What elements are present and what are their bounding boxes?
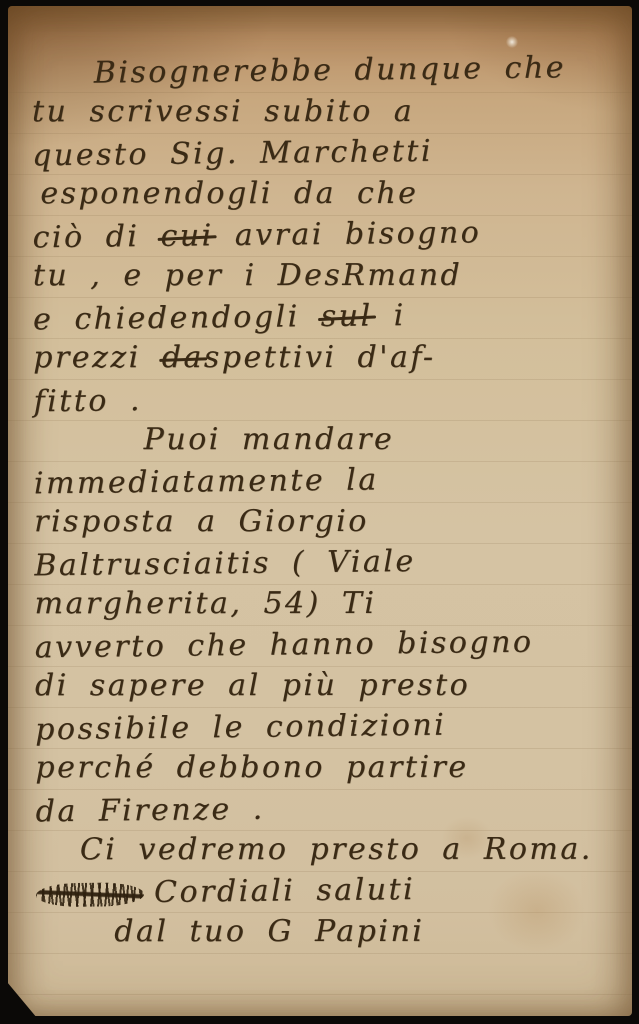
letter-body: Bisognerebbe dunque chetu scrivessi subi… [32, 48, 623, 953]
handwritten-text-segment: avverto che hanno bisogno [35, 625, 534, 666]
letter-line: Ci vedremo presto a Roma. [36, 829, 622, 871]
handwritten-text-segment: dal tuo G Papini [114, 914, 424, 949]
letter-line: ciò di cui avrai bisogno [32, 211, 618, 259]
letter-paper: Bisognerebbe dunque chetu scrivessi subi… [8, 6, 632, 1016]
letter-line: risposta a Giorgio [34, 501, 620, 543]
handwritten-text-segment: fitto . [33, 383, 142, 419]
handwritten-text-segment: ciò di [32, 219, 160, 255]
handwritten-text-segment: questo Sig. Marchetti [32, 134, 433, 174]
letter-line: prezzi daspettivi d'af- [33, 337, 619, 379]
handwritten-text-segment: Cordiali saluti [154, 872, 416, 910]
handwritten-text-segment: risposta a Giorgio [34, 504, 369, 539]
letter-line: perché debbono partire [35, 747, 621, 789]
letter-line: tu scrivessi subito a [32, 91, 618, 133]
handwritten-text-segment: margherita, 54) Ti [35, 586, 377, 621]
letter-line: possibile le condizioni [35, 703, 621, 751]
letter-line: Puoi mandare [34, 419, 620, 461]
handwritten-text-segment: tu scrivessi subito a [32, 94, 414, 129]
letter-line: dal tuo G Papini [36, 911, 622, 953]
manuscript-photo: Bisognerebbe dunque chetu scrivessi subi… [0, 0, 639, 1024]
scribbled-out-word-mark [36, 882, 144, 907]
handwritten-text-segment: possibile le condizioni [35, 708, 446, 748]
handwritten-text-segment: i [372, 298, 406, 333]
struck-through-text: da [162, 340, 204, 375]
handwritten-text-segment: Ci vedremo presto a Roma. [80, 832, 593, 867]
handwritten-text-segment: Puoi mandare [144, 422, 395, 457]
letter-line: immediatamente la [34, 457, 620, 505]
letter-line: questo Sig. Marchetti [32, 129, 618, 177]
letter-line: Baltrusciaitis ( Viale [34, 539, 620, 587]
handwritten-text-segment: tu , e per i DesRmand [33, 258, 462, 293]
torn-corner [7, 982, 37, 1018]
letter-line: Bisognerebbe dunque che [32, 47, 618, 95]
handwritten-text-segment: Bisognerebbe dunque che [94, 50, 567, 90]
struck-through-text: sul [321, 298, 373, 334]
handwritten-text-segment: esponendogli da che [40, 176, 418, 211]
handwritten-text-segment: immediatamente la [34, 462, 379, 501]
handwritten-text-segment: e chiedendogli [33, 299, 321, 337]
handwritten-text-segment: avrai bisogno [213, 215, 481, 253]
handwritten-text-segment: spettivi d'af- [204, 340, 436, 375]
letter-line: fitto . [33, 375, 619, 423]
struck-through-text: cui [160, 218, 214, 254]
letter-line: da Firenze . [35, 785, 621, 833]
handwritten-text-segment: perché debbono partire [35, 750, 468, 785]
handwritten-text-segment: Baltrusciaitis ( Viale [34, 544, 416, 583]
handwritten-text-segment: prezzi [33, 340, 162, 375]
letter-line: avverto che hanno bisogno [35, 621, 621, 669]
letter-line: e chiedendogli sul i [33, 293, 619, 341]
letter-line: Cordiali saluti [36, 867, 622, 915]
letter-line: di sapere al più presto [35, 665, 621, 707]
letter-line: tu , e per i DesRmand [33, 255, 619, 297]
handwritten-text-segment: da Firenze . [35, 792, 264, 830]
letter-line: esponendogli da che [32, 173, 618, 215]
letter-line: margherita, 54) Ti [35, 583, 621, 625]
handwritten-text-segment: di sapere al più presto [35, 668, 470, 703]
paper-speck [506, 36, 518, 48]
